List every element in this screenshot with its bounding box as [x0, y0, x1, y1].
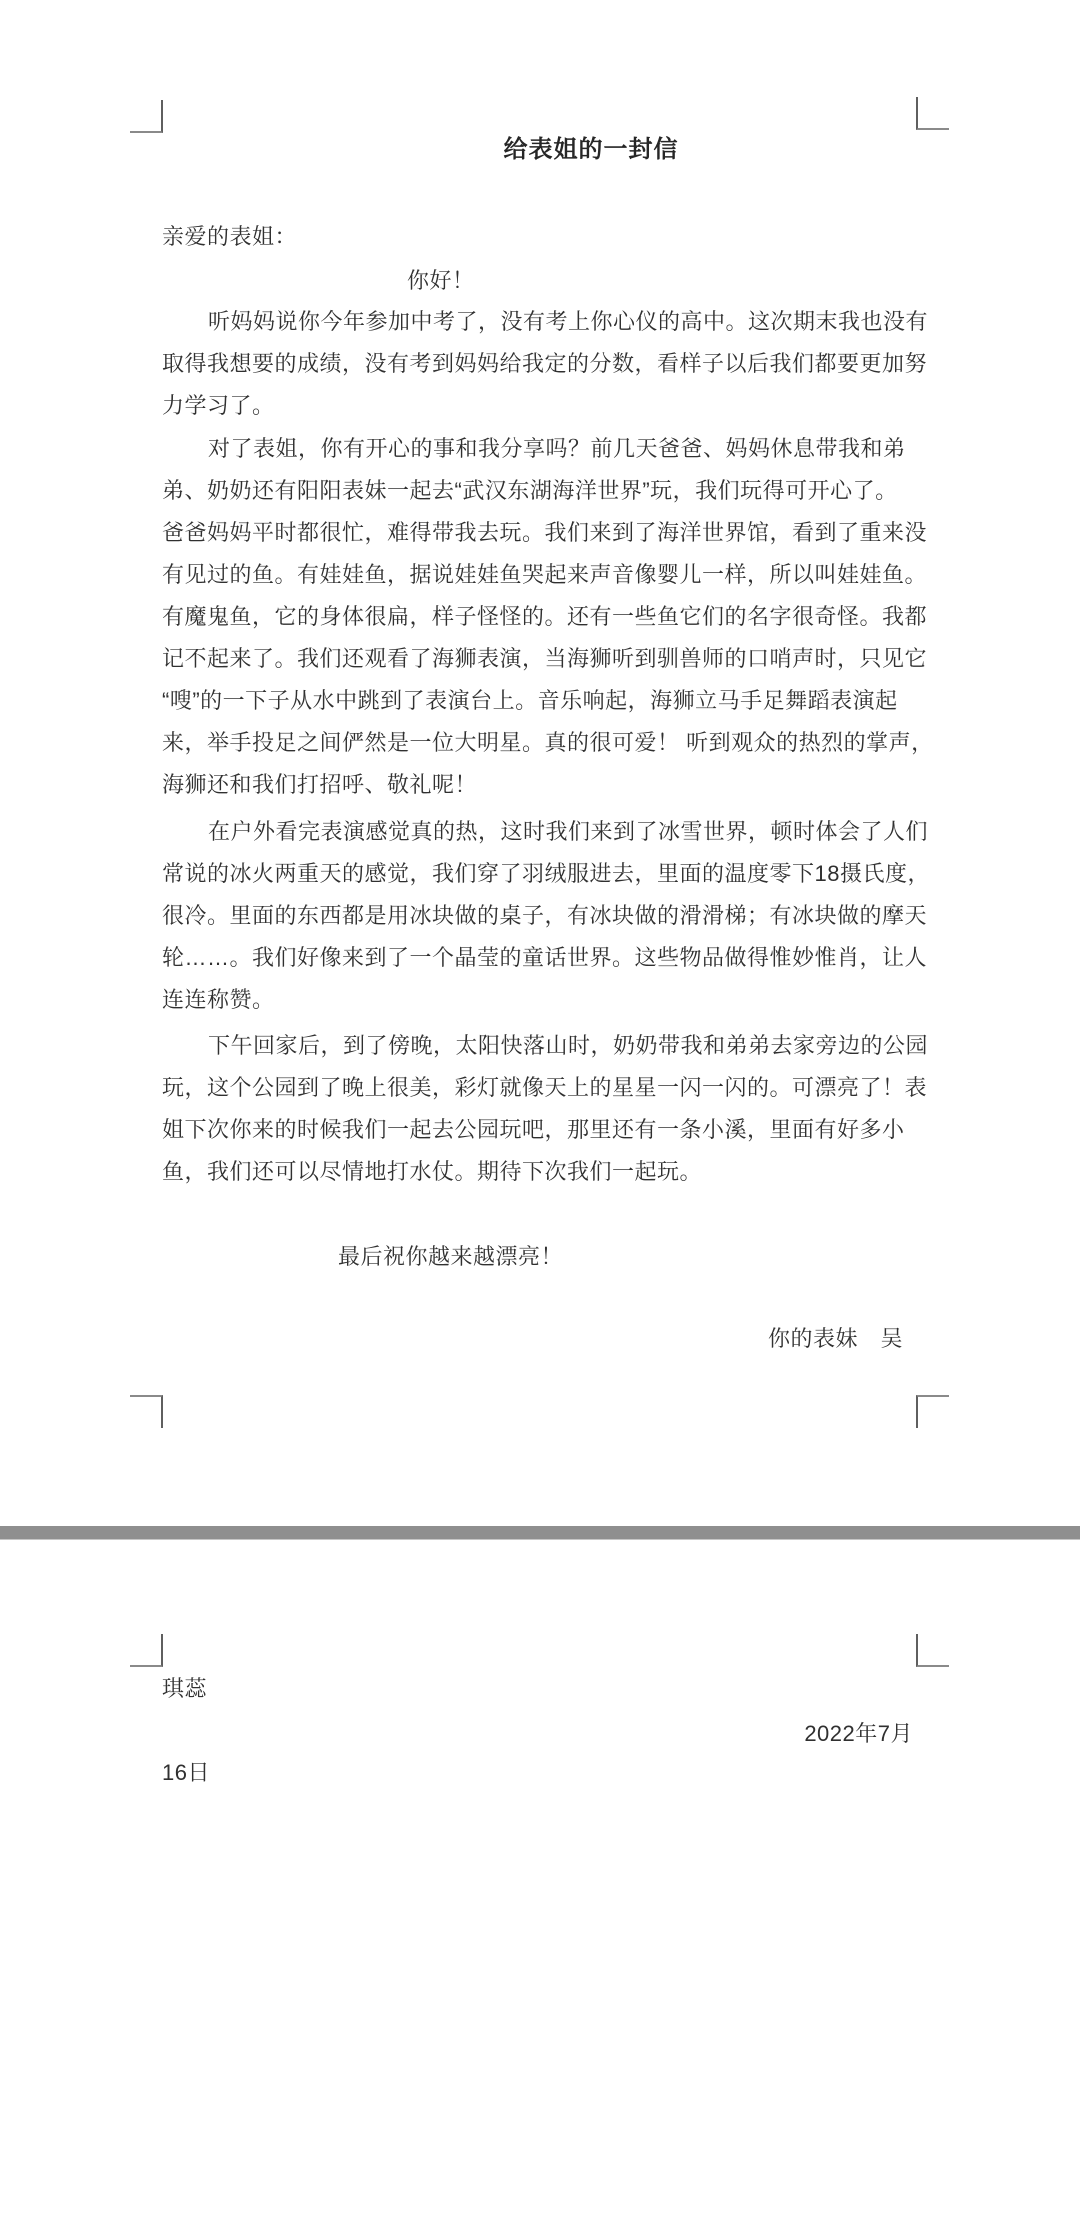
crop-mark-icon: [916, 1395, 949, 1428]
body-line: 姐下次你来的时候我们一起去公园玩吧，那里还有一条小溪，里面有好多小: [162, 1109, 918, 1151]
body-line: 来，举手投足之间俨然是一位大明星。真的很可爱！ 听到观众的热烈的掌声，: [162, 722, 918, 764]
body-line: 很冷。里面的东西都是用冰块做的桌子，有冰块做的滑滑梯；有冰块做的摩天: [162, 895, 918, 937]
body-line: 连连称赞。: [162, 979, 918, 1021]
body-line: 海狮还和我们打招呼、敬礼呢！: [162, 764, 918, 806]
letter-title: 给表姐的一封信: [0, 129, 1080, 171]
crop-mark-icon: [130, 1395, 163, 1428]
crop-mark-icon: [130, 1634, 163, 1667]
body-line: 对了表姐，你有开心的事和我分享吗？前几天爸爸、妈妈休息带我和弟: [162, 428, 918, 470]
body-line: 弟、奶奶还有阳阳表妹一起去“武汉东湖海洋世界”玩，我们玩得可开心了。: [162, 470, 918, 512]
body-line: 爸爸妈妈平时都很忙，难得带我去玩。我们来到了海洋世界馆，看到了重来没: [162, 512, 918, 554]
body-line: 轮……。我们好像来到了一个晶莹的童话世界。这些物品做得惟妙惟肖，让人: [162, 937, 918, 979]
letter-closing: 最后祝你越来越漂亮！: [338, 1236, 918, 1278]
body-line: 有魔鬼鱼，它的身体很扁，样子怪怪的。还有一些鱼它们的名字很奇怪。我都: [162, 596, 918, 638]
body-line: “嗖”的一下子从水中跳到了表演台上。音乐响起，海狮立马手足舞蹈表演起: [162, 680, 918, 722]
body-line: 有见过的鱼。有娃娃鱼，据说娃娃鱼哭起来声音像婴儿一样，所以叫娃娃鱼。: [162, 554, 918, 596]
body-line: 记不起来了。我们还观看了海狮表演，当海狮听到驯兽师的口哨声时，只见它: [162, 638, 918, 680]
body-line: 玩，这个公园到了晚上很美，彩灯就像天上的星星一闪一闪的。可漂亮了！表: [162, 1067, 918, 1109]
document-viewport[interactable]: 给表姐的一封信 亲爱的表姐： 你好！ 听妈妈说你今年参加中考了，没有考上你心仪的…: [0, 0, 1080, 2214]
letter-signature: 你的表妹 吴: [162, 1318, 918, 1360]
letter-salutation: 亲爱的表姐：: [162, 216, 918, 258]
letter-date-line1: 2022年7月: [162, 1713, 918, 1755]
letter-date-line2: 16日: [162, 1752, 918, 1794]
body-line: 力学习了。: [162, 385, 918, 427]
body-line: 鱼，我们还可以尽情地打水仗。期待下次我们一起玩。: [162, 1151, 918, 1193]
body-line: 取得我想要的成绩，没有考到妈妈给我定的分数，看样子以后我们都要更加努: [162, 343, 918, 385]
letter-greeting: 你好！: [407, 260, 918, 302]
body-line: 下午回家后，到了傍晚，太阳快落山时，奶奶带我和弟弟去家旁边的公园: [162, 1025, 918, 1067]
crop-mark-icon: [916, 1634, 949, 1667]
signature-name-continued: 琪蕊: [162, 1668, 918, 1710]
crop-mark-icon: [916, 97, 949, 130]
body-line: 听妈妈说你今年参加中考了，没有考上你心仪的高中。这次期末我也没有: [162, 301, 918, 343]
page-break-divider: [0, 1526, 1080, 1540]
body-line: 常说的冰火两重天的感觉，我们穿了羽绒服进去，里面的温度零下18摄氏度，: [162, 853, 918, 895]
body-line: 在户外看完表演感觉真的热，这时我们来到了冰雪世界，顿时体会了人们: [162, 811, 918, 853]
